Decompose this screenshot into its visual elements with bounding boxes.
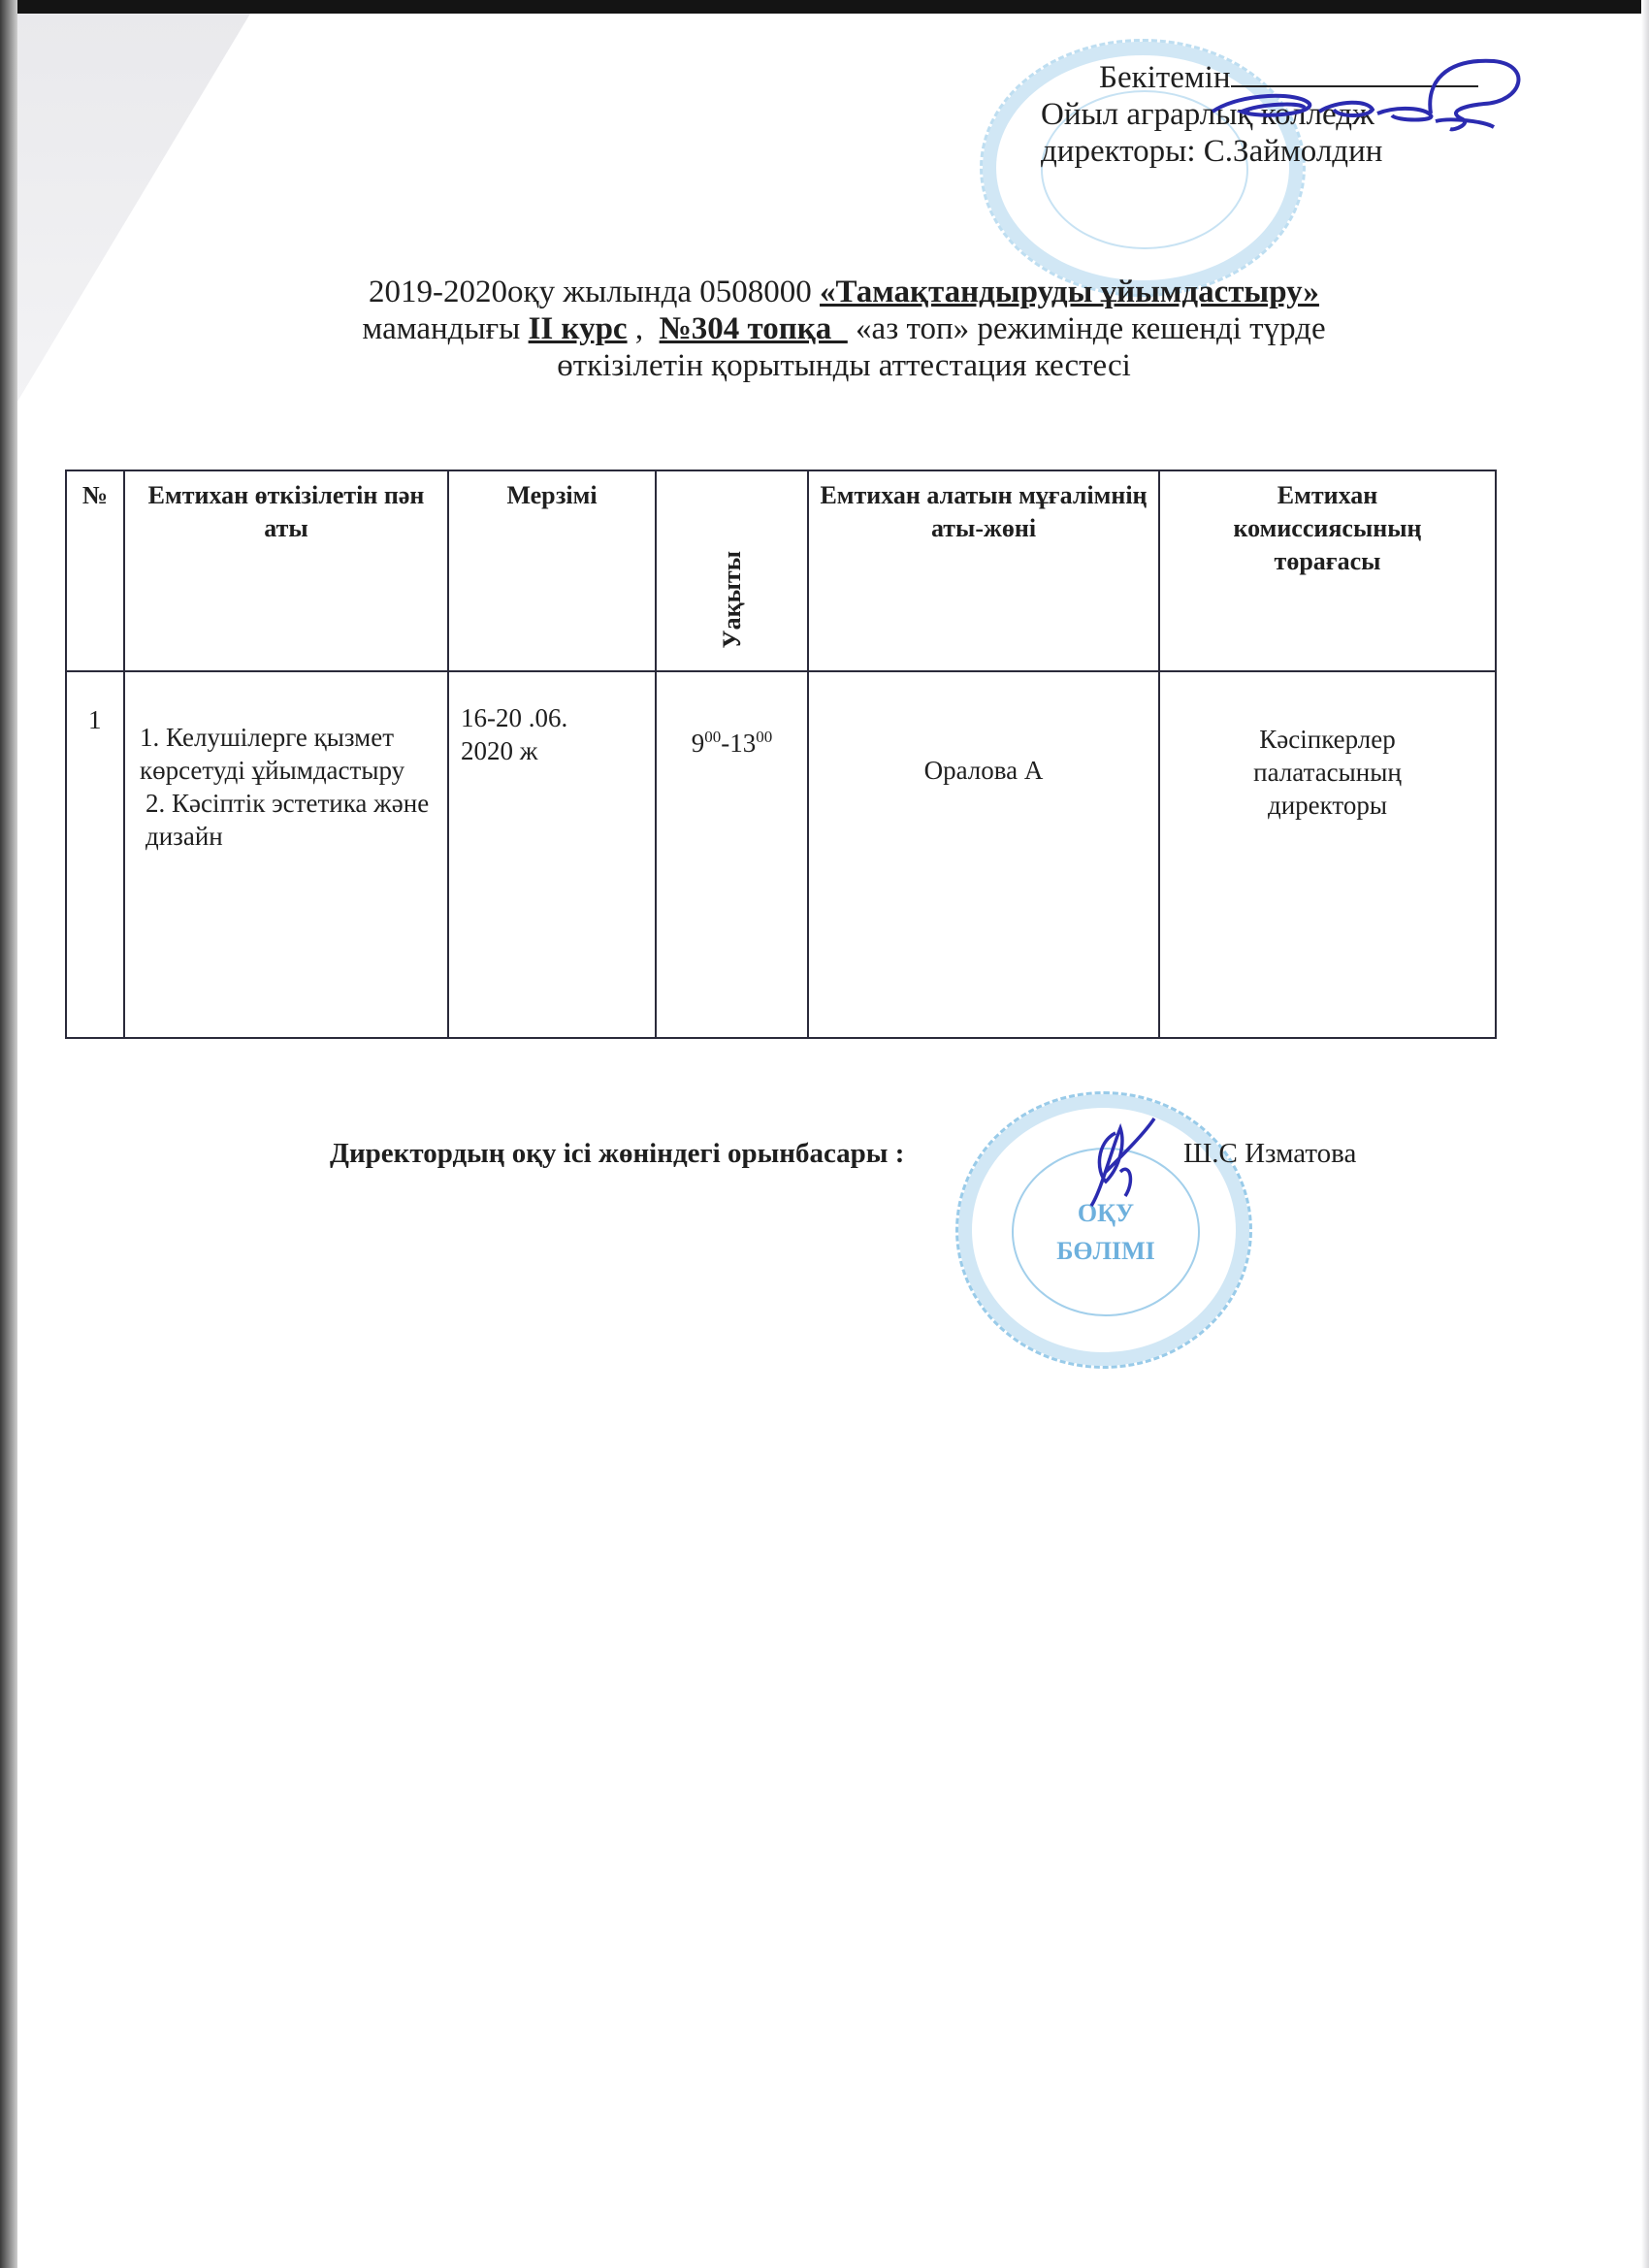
scan-border-left (0, 0, 17, 2268)
row-chair: Кәсіпкерлер палатасының директоры (1159, 671, 1496, 1038)
scan-border-top (0, 0, 1649, 14)
folded-corner (17, 14, 250, 402)
time-start-min: 00 (704, 728, 721, 746)
row-no: 1 (66, 671, 124, 1038)
table-row: 1 1. Келушілерге қызмет көрсетуді ұйымда… (66, 671, 1496, 1038)
director-signature (1203, 44, 1533, 165)
title-specialty: «Тамақтандыруды ұйымдастыру» (820, 275, 1319, 309)
deputy-signature (1077, 1114, 1164, 1225)
title-group: №304 топқа (660, 311, 848, 346)
title-separator: , (628, 311, 660, 346)
header-no: № (66, 470, 124, 671)
header-subject: Емтихан өткізілетін пән аты (124, 470, 448, 671)
header-chair: Емтихан комиссиясының төрағасы (1159, 470, 1496, 671)
deputy-signature-block: Директордың оқу ісі жөніндегі орынбасары… (330, 1138, 1445, 1170)
subject-2: 2. Кәсіптік эстетика және дизайн (140, 787, 447, 853)
signature-icon (1077, 1114, 1164, 1220)
header-time: Уақыты (656, 470, 808, 671)
title-course: ІІ курс (529, 311, 628, 346)
seal-text-2: БӨЛІМІ (1056, 1232, 1155, 1270)
title-year: 2019-2020оқу жылында 0508000 (369, 275, 820, 309)
title-line-2: мамандығы ІІ курс , №304 топқа «аз топ» … (252, 310, 1436, 347)
title-mode: «аз топ» режимінде кешенді түрде (848, 311, 1326, 346)
signature-icon (1203, 44, 1533, 160)
document-title: 2019-2020оқу жылында 0508000 «Тамақтанды… (252, 274, 1436, 384)
row-teacher: Оралова А (808, 671, 1159, 1038)
deputy-label: Директордың оқу ісі жөніндегі орынбасары… (330, 1138, 904, 1169)
time-end-hour: -13 (721, 729, 756, 758)
time-start-hour: 9 (692, 729, 705, 758)
title-specialty-label: мамандығы (362, 311, 528, 346)
header-date: Мерзімі (448, 470, 656, 671)
title-line-3: өткізілетін қорытынды аттестация кестесі (252, 347, 1436, 384)
table-header-row: № Емтихан өткізілетін пән аты Мерзімі Уа… (66, 470, 1496, 671)
scan-border-right (1641, 0, 1649, 2268)
subject-1: 1. Келушілерге қызмет көрсетуді ұйымдаст… (140, 721, 447, 787)
time-end-min: 00 (756, 728, 772, 746)
header-time-label: Уақыты (716, 551, 749, 648)
deputy-name: Ш.С Изматова (1183, 1138, 1356, 1170)
row-time: 900-1300 (656, 671, 808, 1038)
title-line-1: 2019-2020оқу жылында 0508000 «Тамақтанды… (252, 274, 1436, 310)
row-date: 16-20 .06. 2020 ж (448, 671, 656, 1038)
attestation-schedule-table: № Емтихан өткізілетін пән аты Мерзімі Уа… (65, 470, 1497, 1039)
header-teacher: Емтихан алатын мұғалімнің аты-жөні (808, 470, 1159, 671)
row-subjects: 1. Келушілерге қызмет көрсетуді ұйымдаст… (124, 671, 448, 1038)
